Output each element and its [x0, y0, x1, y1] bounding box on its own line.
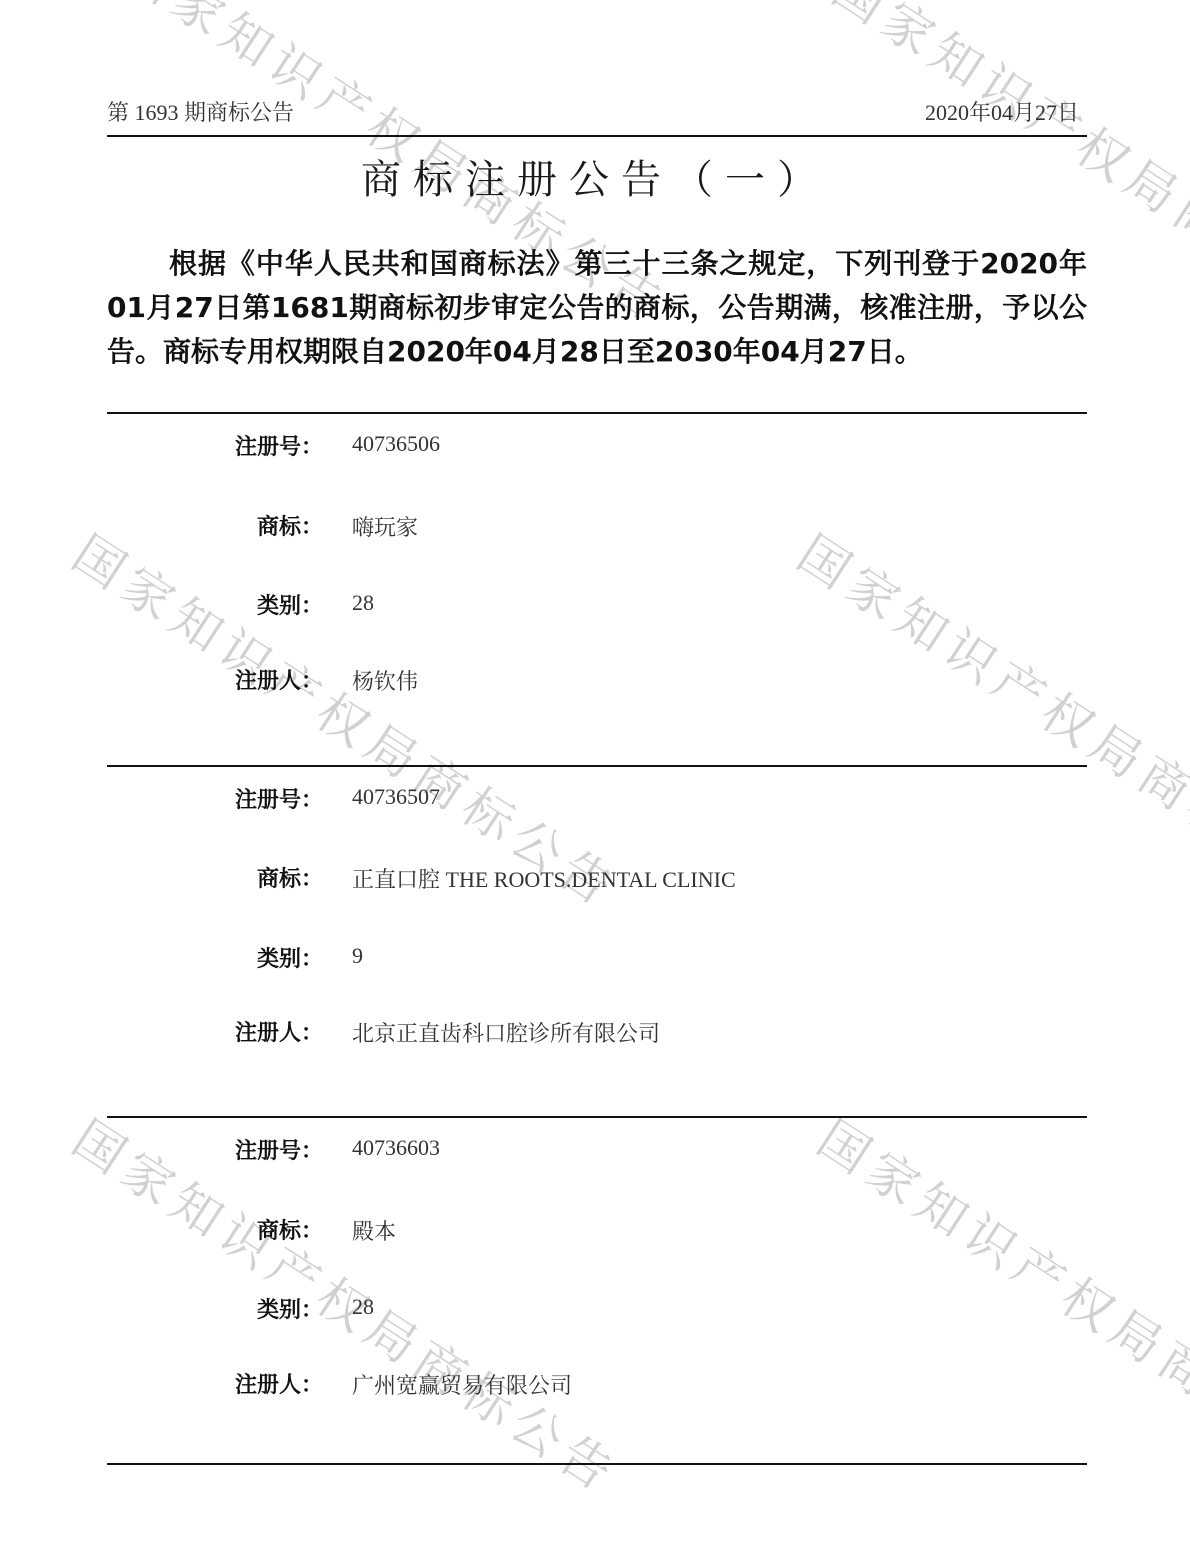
- registrant-value: 北京正直齿科口腔诊所有限公司: [352, 1017, 660, 1048]
- class-label: 类别：: [257, 589, 323, 620]
- class-value: 28: [352, 590, 374, 616]
- entry-divider: [107, 1463, 1087, 1465]
- class-value: 9: [352, 943, 363, 969]
- document-title: 商标注册公告（一）: [0, 148, 1190, 205]
- trademark-row: 商标： 殿本: [107, 1214, 1087, 1250]
- reg-no-value: 40736507: [352, 784, 440, 810]
- entry-divider: [107, 1116, 1087, 1118]
- registrant-label: 注册人：: [235, 1016, 323, 1047]
- trademark-value: 正直口腔 THE ROOTS.DENTAL CLINIC: [352, 863, 736, 894]
- registrant-value: 广州宽赢贸易有限公司: [352, 1369, 572, 1400]
- reg-no-value: 40736506: [352, 431, 440, 457]
- registrant-label: 注册人：: [235, 1368, 323, 1399]
- class-row: 类别： 9: [107, 942, 1087, 978]
- registrant-row: 注册人： 广州宽赢贸易有限公司: [107, 1368, 1087, 1404]
- class-label: 类别：: [257, 1293, 323, 1324]
- issue-label: 第 1693 期商标公告: [107, 96, 294, 127]
- registrant-row: 注册人： 杨钦伟: [107, 664, 1087, 700]
- class-row: 类别： 28: [107, 589, 1087, 625]
- reg-no-label: 注册号：: [235, 783, 323, 814]
- reg-no-row: 注册号： 40736506: [107, 430, 1087, 466]
- page-header: 第 1693 期商标公告 2020年04月27日: [107, 92, 1087, 132]
- reg-no-row: 注册号： 40736603: [107, 1134, 1087, 1170]
- reg-no-value: 40736603: [352, 1135, 440, 1161]
- intro-paragraph: 根据《中华人民共和国商标法》第三十三条之规定，下列刊登于2020年01月27日第…: [107, 242, 1087, 374]
- header-divider: [107, 135, 1087, 137]
- reg-no-label: 注册号：: [235, 1134, 323, 1165]
- reg-no-label: 注册号：: [235, 430, 323, 461]
- registrant-label: 注册人：: [235, 664, 323, 695]
- reg-no-row: 注册号： 40736507: [107, 783, 1087, 819]
- trademark-label: 商标：: [257, 1214, 323, 1245]
- entry-divider: [107, 765, 1087, 767]
- trademark-value: 嗨玩家: [352, 511, 418, 542]
- trademark-row: 商标： 嗨玩家: [107, 510, 1087, 546]
- class-label: 类别：: [257, 942, 323, 973]
- class-row: 类别： 28: [107, 1293, 1087, 1329]
- registrant-value: 杨钦伟: [352, 665, 418, 696]
- trademark-label: 商标：: [257, 510, 323, 541]
- registrant-row: 注册人： 北京正直齿科口腔诊所有限公司: [107, 1016, 1087, 1052]
- section-divider: [107, 412, 1087, 414]
- issue-date: 2020年04月27日: [925, 96, 1079, 127]
- class-value: 28: [352, 1294, 374, 1320]
- trademark-row: 商标： 正直口腔 THE ROOTS.DENTAL CLINIC: [107, 862, 1087, 898]
- trademark-value: 殿本: [352, 1215, 396, 1246]
- trademark-label: 商标：: [257, 862, 323, 893]
